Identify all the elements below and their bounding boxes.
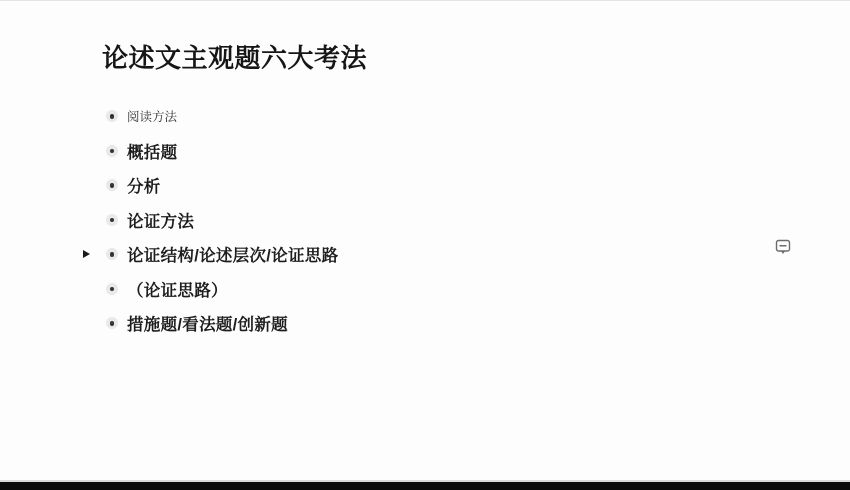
app-window: 论述文主观题六大考法 阅读方法 概括题 分析 — [0, 0, 850, 490]
toggle-caret-icon[interactable] — [83, 250, 90, 258]
top-edge-divider — [0, 0, 850, 1]
bullet-icon — [100, 110, 124, 122]
bullet-icon — [100, 283, 124, 295]
bullet-icon — [100, 317, 124, 329]
bullet-icon — [100, 214, 124, 226]
list-item-label: 阅读方法 — [127, 107, 177, 125]
letterbox-bar — [0, 482, 850, 490]
list-item-label: 分析 — [127, 173, 161, 197]
bullet-icon — [100, 248, 124, 260]
bullet-icon — [100, 179, 124, 191]
page-title[interactable]: 论述文主观题六大考法 — [102, 44, 367, 72]
list-item-label: 措施题/看法题/创新题 — [127, 311, 288, 335]
comment-bubble-icon[interactable] — [775, 239, 791, 255]
list-item[interactable]: 阅读方法 — [80, 99, 338, 134]
list-item[interactable]: 论证结构/论述层次/论证思路 — [80, 237, 338, 272]
list-item[interactable]: （论证思路） — [80, 272, 338, 307]
list-item[interactable]: 分析 — [80, 168, 338, 203]
list-item[interactable]: 概括题 — [80, 134, 338, 169]
caret-slot — [80, 250, 100, 258]
bullet-list: 阅读方法 概括题 分析 论证方法 — [80, 99, 338, 341]
list-item-label: 概括题 — [127, 139, 177, 163]
list-item[interactable]: 论证方法 — [80, 203, 338, 238]
list-item[interactable]: 措施题/看法题/创新题 — [80, 306, 338, 341]
list-item-label: 论证方法 — [127, 208, 194, 232]
list-item-label: （论证思路） — [127, 277, 228, 301]
bullet-icon — [100, 145, 124, 157]
list-item-label: 论证结构/论述层次/论证思路 — [127, 242, 338, 266]
